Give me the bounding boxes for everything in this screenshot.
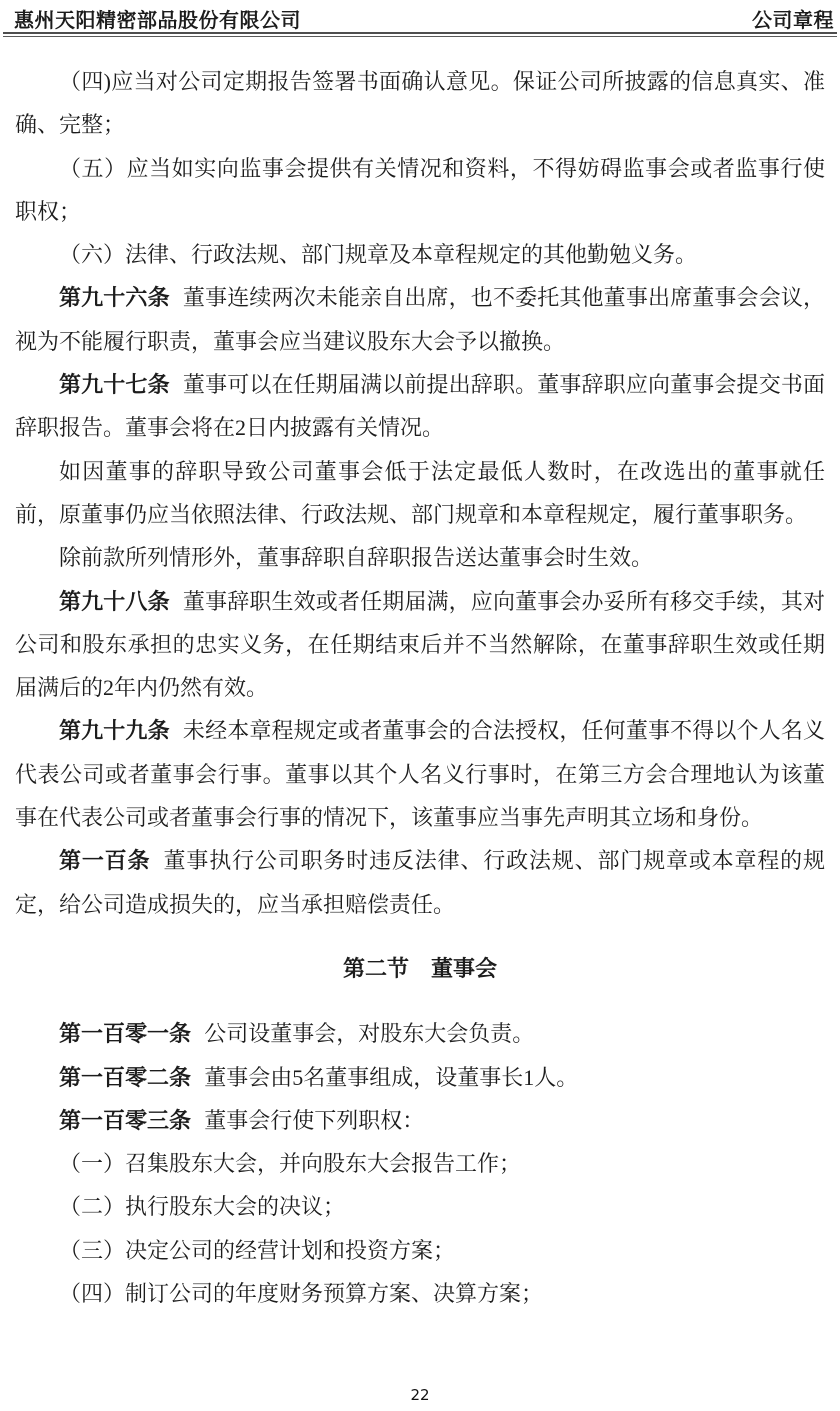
list-item-paragraph: （五）应当如实向监事会提供有关情况和资料，不得妨碍监事会或者监事行使职权； <box>15 147 825 234</box>
list-item-paragraph: （六）法律、行政法规、部门规章及本章程规定的其他勤勉义务。 <box>15 233 825 276</box>
article-paragraph: 第九十九条未经本章程规定或者董事会的合法授权，任何董事不得以个人名义代表公司或者… <box>15 709 825 839</box>
article-number: 第一百条 <box>59 848 150 873</box>
page-number: 22 <box>410 1386 429 1404</box>
document-page: 惠州天阳精密部品股份有限公司 公司章程 （四)应当对公司定期报告签署书面确认意见… <box>0 0 840 1411</box>
article-paragraph: 第一百条董事执行公司职务时违反法律、行政法规、部门规章或本章程的规定，给公司造成… <box>15 839 825 926</box>
body-paragraph: 除前款所列情形外，董事辞职自辞职报告送达董事会时生效。 <box>15 536 825 579</box>
document-body: （四)应当对公司定期报告签署书面确认意见。保证公司所披露的信息真实、准确、完整；… <box>15 60 825 1315</box>
article-paragraph: 第九十八条董事辞职生效或者任期届满，应向董事会办妥所有移交手续，其对公司和股东承… <box>15 580 825 710</box>
list-item-paragraph: （二）执行股东大会的决议； <box>15 1185 825 1228</box>
header-divider <box>3 32 837 37</box>
article-text: 董事会行使下列职权： <box>204 1108 424 1133</box>
body-paragraph: 如因董事的辞职导致公司董事会低于法定最低人数时，在改选出的董事就任前，原董事仍应… <box>15 450 825 537</box>
article-paragraph: 第一百零一条公司设董事会，对股东大会负责。 <box>15 1012 825 1055</box>
page-header: 惠州天阳精密部品股份有限公司 公司章程 <box>14 4 834 33</box>
article-number: 第九十八条 <box>59 589 170 614</box>
list-item-paragraph: （一）召集股东大会，并向股东大会报告工作； <box>15 1142 825 1185</box>
list-item-paragraph: （四）制订公司的年度财务预算方案、决算方案； <box>15 1272 825 1315</box>
article-number: 第一百零一条 <box>59 1021 191 1046</box>
article-paragraph: 第九十六条董事连续两次未能亲自出席，也不委托其他董事出席董事会会议，视为不能履行… <box>15 276 825 363</box>
article-number: 第一百零三条 <box>59 1108 191 1133</box>
article-number: 第九十七条 <box>59 372 170 397</box>
list-item-paragraph: （三）决定公司的经营计划和投资方案； <box>15 1229 825 1272</box>
article-paragraph: 第一百零二条董事会由5名董事组成，设董事长1人。 <box>15 1056 825 1099</box>
article-number: 第九十六条 <box>59 285 170 310</box>
article-paragraph: 第九十七条董事可以在任期届满以前提出辞职。董事辞职应向董事会提交书面辞职报告。董… <box>15 363 825 450</box>
section-heading: 第二节 董事会 <box>15 947 825 990</box>
doc-title: 公司章程 <box>752 4 834 33</box>
article-text: 董事会由5名董事组成，设董事长1人。 <box>204 1065 578 1090</box>
page-footer: 22 <box>0 1386 840 1404</box>
article-number: 第一百零二条 <box>59 1065 191 1090</box>
list-item-paragraph: （四)应当对公司定期报告签署书面确认意见。保证公司所披露的信息真实、准确、完整； <box>15 60 825 147</box>
article-paragraph: 第一百零三条董事会行使下列职权： <box>15 1099 825 1142</box>
article-number: 第九十九条 <box>59 718 170 743</box>
article-text: 公司设董事会，对股东大会负责。 <box>204 1021 534 1046</box>
company-name: 惠州天阳精密部品股份有限公司 <box>14 4 301 33</box>
